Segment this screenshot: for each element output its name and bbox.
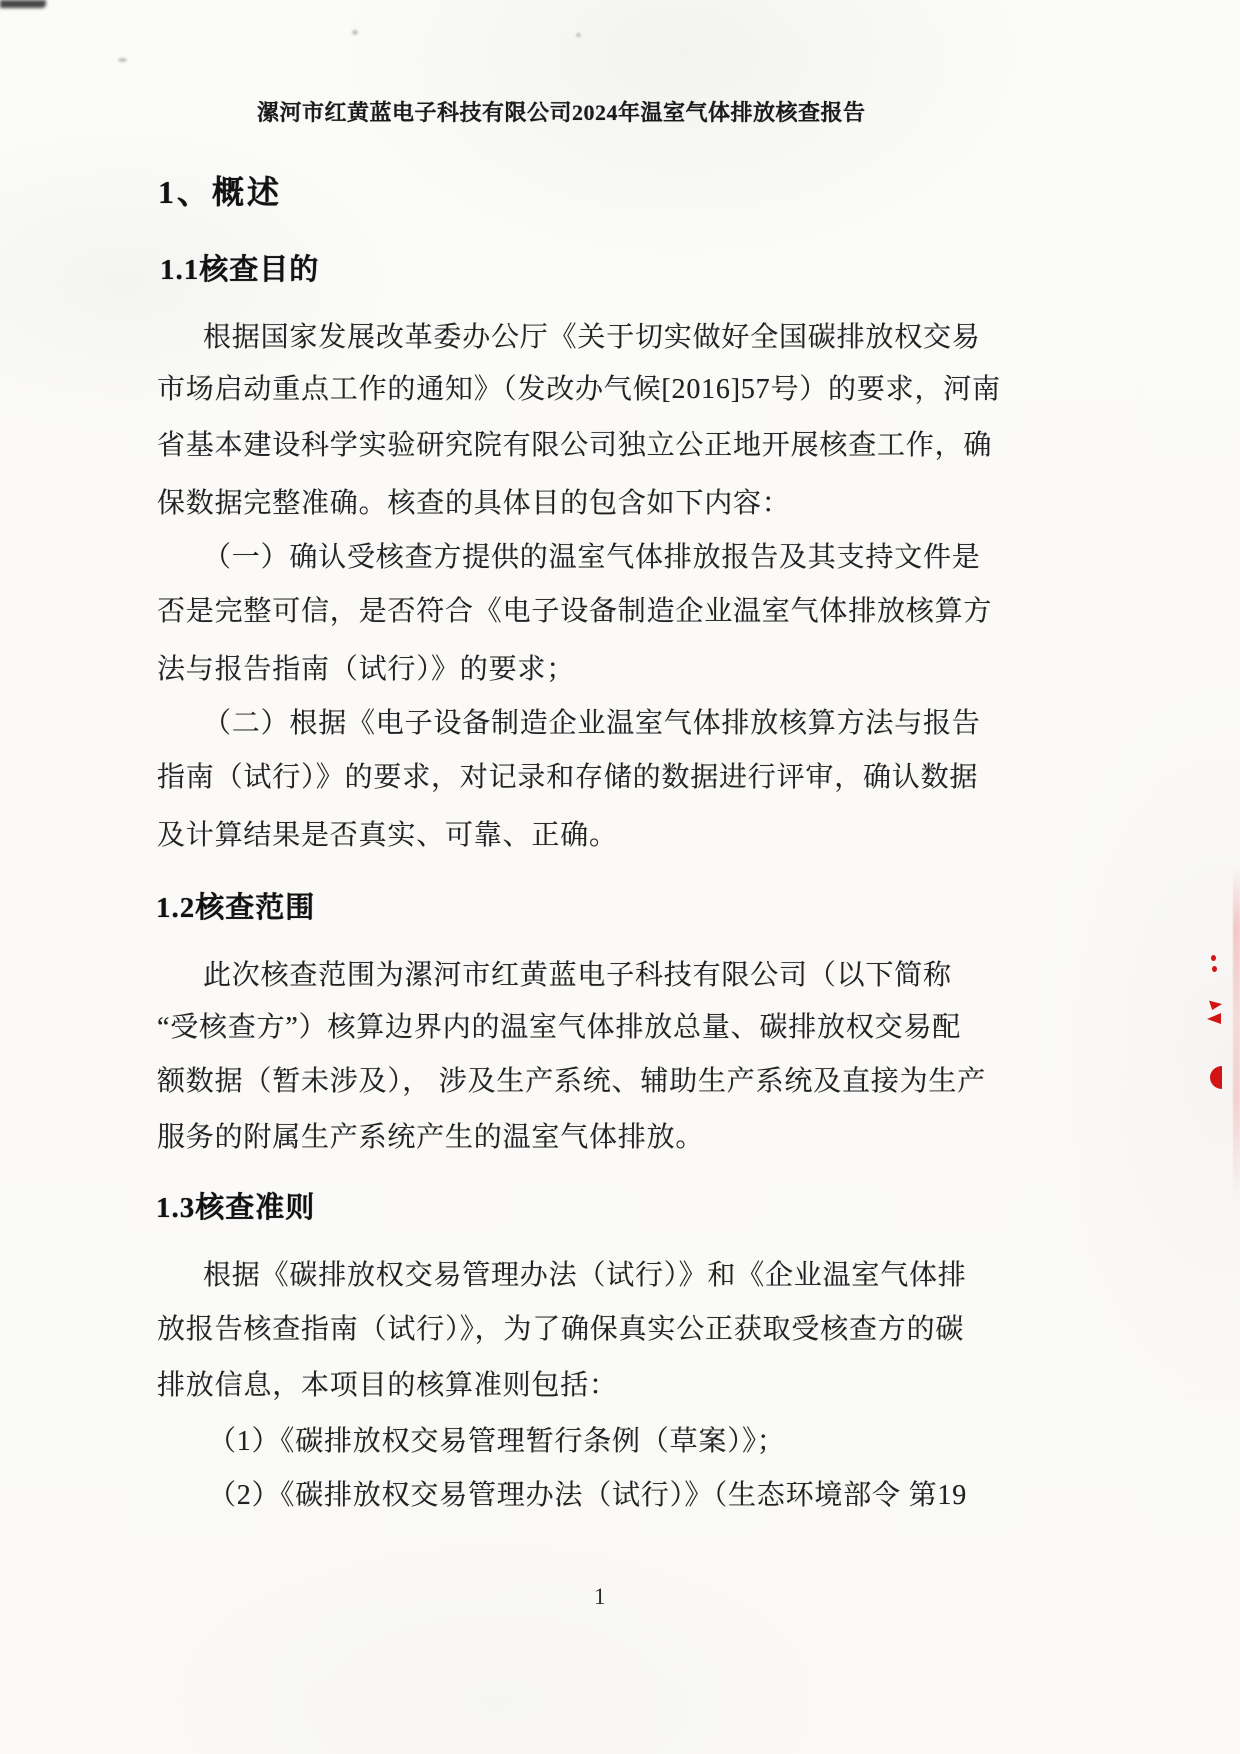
text-line: 指南（试行）》的要求，对记录和存储的数据进行评审，确认数据 (157, 760, 978, 795)
red-ink-halfmoon-icon (1210, 1066, 1222, 1089)
red-ink-colon-dot-icon (1212, 966, 1217, 972)
heading-verification-scope: 1.2核查范围 (156, 890, 315, 926)
red-ink-colon-dot-icon (1211, 955, 1216, 961)
text-line: 排放信息，本项目的核算准则包括： (157, 1368, 618, 1403)
text-line: 服务的附属生产系统产生的温室气体排放。 (157, 1120, 704, 1155)
paper-speck (576, 33, 581, 37)
text-line: “受核查方”）核算边界内的温室气体排放总量、碳排放权交易配 (157, 1010, 961, 1045)
text-line: （一）确认受核查方提供的温室气体排放报告及其支持文件是 (203, 540, 981, 575)
paper-speck (118, 58, 127, 62)
text-line: 法与报告指南（试行）》的要求； (157, 652, 575, 687)
text-line: 保数据完整准确。核查的具体目的包含如下内容： (157, 486, 791, 521)
text-line: 及计算结果是否真实、可靠、正确。 (157, 818, 618, 853)
text-line: 根据国家发展改革委办公厅《关于切实做好全国碳排放权交易 (203, 320, 981, 355)
red-ink-wedge-icon (1207, 1013, 1221, 1024)
text-line: 根据《碳排放权交易管理办法（试行）》和《企业温室气体排 (203, 1258, 967, 1293)
text-line: （2）《碳排放权交易管理办法（试行）》（生态环境部令 第19 (208, 1478, 967, 1513)
text-line: 此次核查范围为漯河市红黄蓝电子科技有限公司（以下简称 (203, 958, 952, 993)
text-line: （二）根据《电子设备制造企业温室气体排放核算方法与报告 (203, 706, 981, 741)
page-header: 漯河市红黄蓝电子科技有限公司2024年温室气体排放核查报告 (257, 99, 866, 127)
text-line: 省基本建设科学实验研究院有限公司独立公正地开展核查工作，确 (157, 428, 992, 463)
scanned-report-page: 漯河市红黄蓝电子科技有限公司2024年温室气体排放核查报告 1、概述 1.1核查… (0, 0, 1240, 1754)
page-edge-ink-bleed (1233, 868, 1240, 1198)
heading-verification-criteria: 1.3核查准则 (156, 1190, 315, 1226)
text-line: 市场启动重点工作的通知》（发改办气候[2016]57号）的要求，河南 (157, 372, 1001, 407)
text-line: 放报告核查指南（试行）》，为了确保真实公正获取受核查方的碳 (157, 1312, 964, 1347)
text-line: 额数据（暂未涉及）， 涉及生产系统、辅助生产系统及直接为生产 (157, 1064, 986, 1099)
text-line: （1）《碳排放权交易管理暂行条例（草案）》； (208, 1424, 786, 1459)
red-ink-wedge-icon (1209, 999, 1222, 1010)
heading-overview: 1、概述 (158, 172, 282, 212)
paper-speck (352, 30, 358, 35)
scanner-edge-smudge (0, 0, 46, 8)
page-number: 1 (594, 1584, 606, 1610)
text-line: 否是完整可信，是否符合《电子设备制造企业温室气体排放核算方 (157, 594, 992, 629)
heading-verification-purpose: 1.1核查目的 (160, 252, 319, 288)
